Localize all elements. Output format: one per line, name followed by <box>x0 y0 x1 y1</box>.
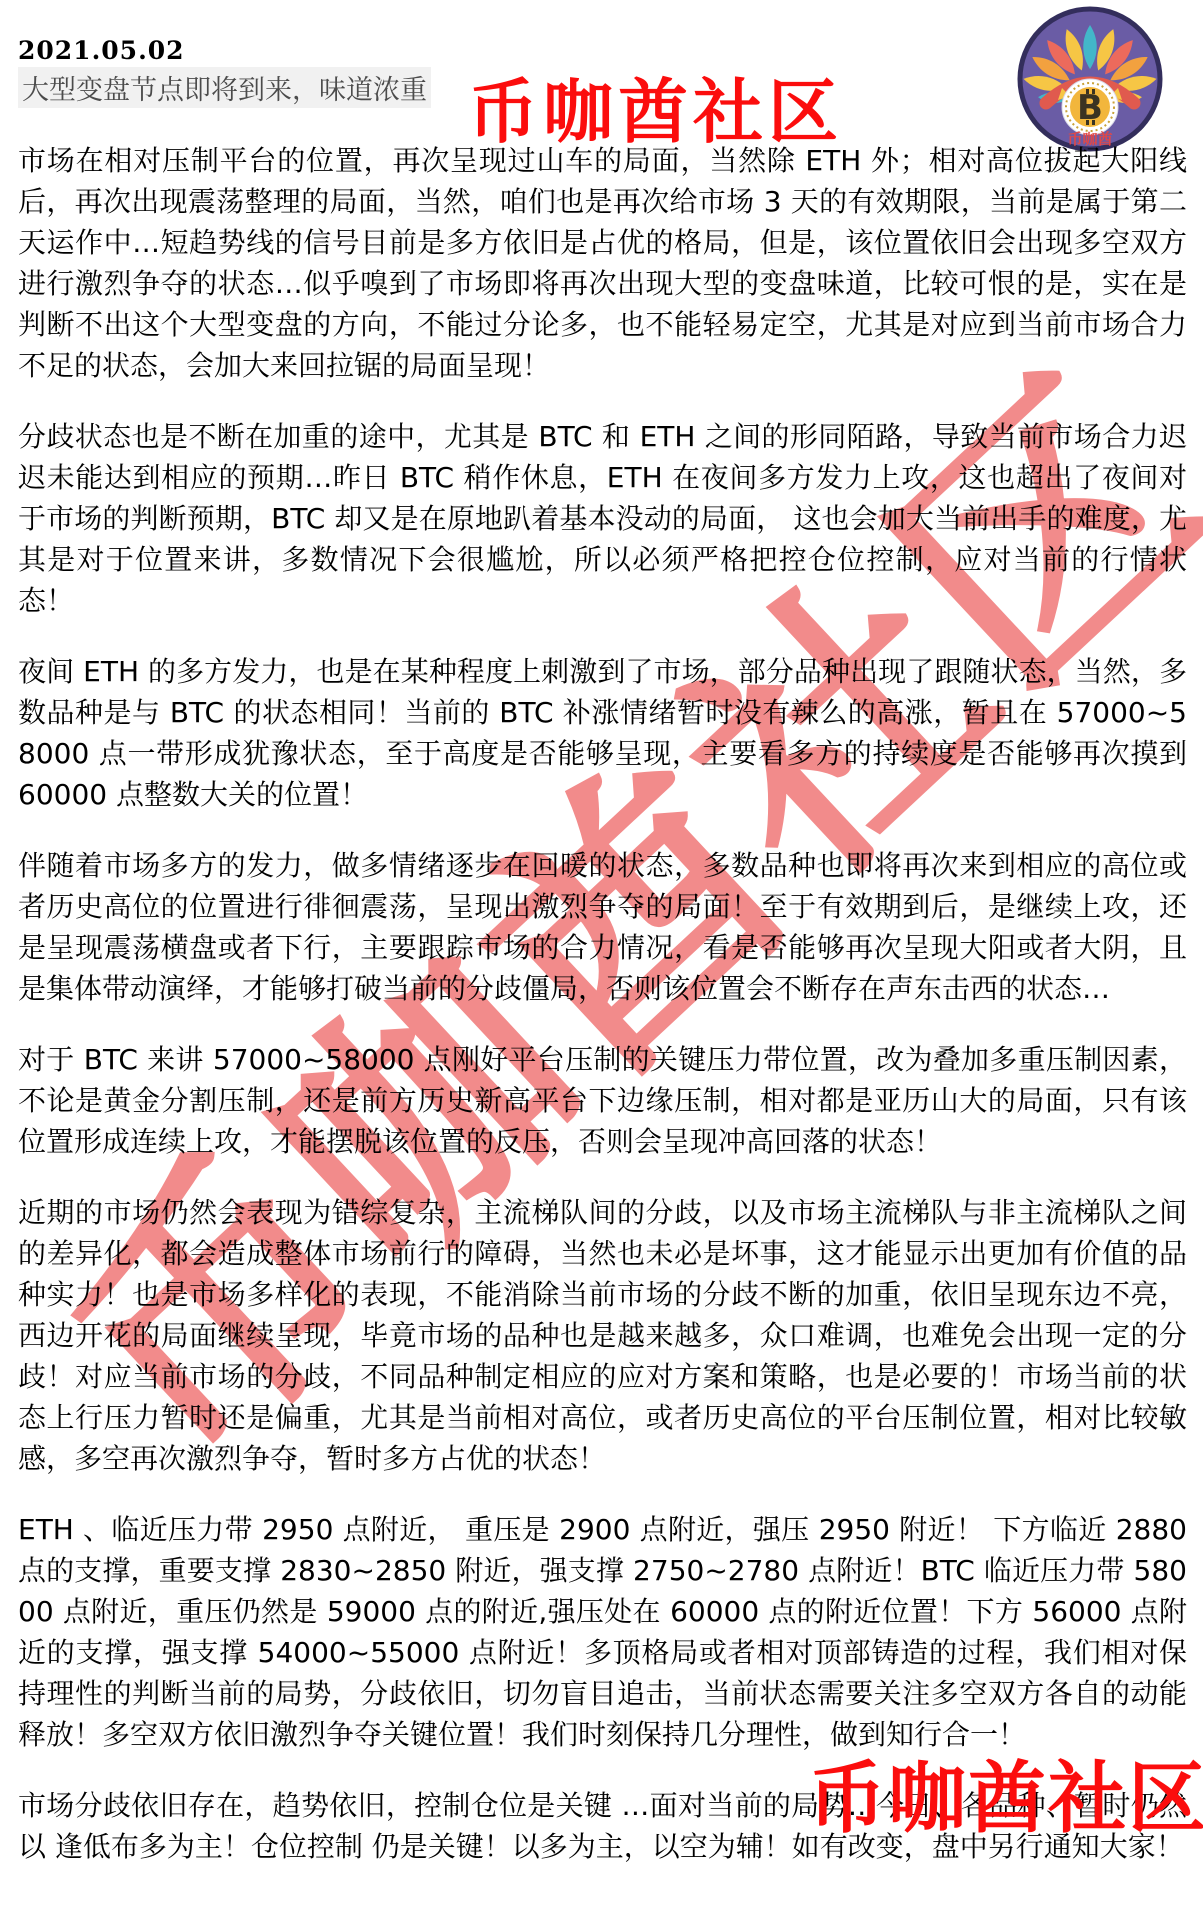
page-root: { "header": { "date": "2021.05.02", "sub… <box>0 0 1203 1920</box>
article-paragraph: 分歧状态也是不断在加重的途中，尤其是 BTC 和 ETH 之间的形同陌路，导致当… <box>18 416 1187 621</box>
document-subtitle: 大型变盘节点即将到来，味道浓重 <box>18 67 431 108</box>
bitcoin-coin-icon: B <box>1062 79 1118 135</box>
article-paragraph: 市场在相对压制平台的位置，再次呈现过山车的局面，当然除 ETH 外；相对高位拔起… <box>18 140 1187 386</box>
article-paragraph: 夜间 ETH 的多方发力，也是在某种程度上刺激到了市场，部分品种出现了跟随状态，… <box>18 651 1187 815</box>
article-paragraph: ETH 、临近压力带 2950 点附近， 重压是 2900 点附近，强压 295… <box>18 1509 1187 1755</box>
headdress-bitcoin-icon: B 币咖酋 <box>1016 5 1164 153</box>
article-body: 市场在相对压制平台的位置，再次呈现过山车的局面，当然除 ETH 外；相对高位拔起… <box>18 140 1187 1918</box>
community-stamp: 币咖酋社区 <box>808 1736 1203 1848</box>
article-paragraph: 近期的市场仍然会表现为错综复杂，主流梯队间的分歧，以及市场主流梯队与非主流梯队之… <box>18 1192 1187 1479</box>
document-date: 2021.05.02 <box>18 36 185 65</box>
article-paragraph: 对于 BTC 来讲 57000~58000 点刚好平台压制的关键压力带位置，改为… <box>18 1039 1187 1162</box>
community-logo: B 币咖酋 <box>1016 5 1164 153</box>
article-paragraph: 伴随着市场多方的发力，做多情绪逐步在回暖的状态，多数品种也即将再次来到相应的高位… <box>18 845 1187 1009</box>
bitcoin-b-symbol: B <box>1077 88 1103 128</box>
